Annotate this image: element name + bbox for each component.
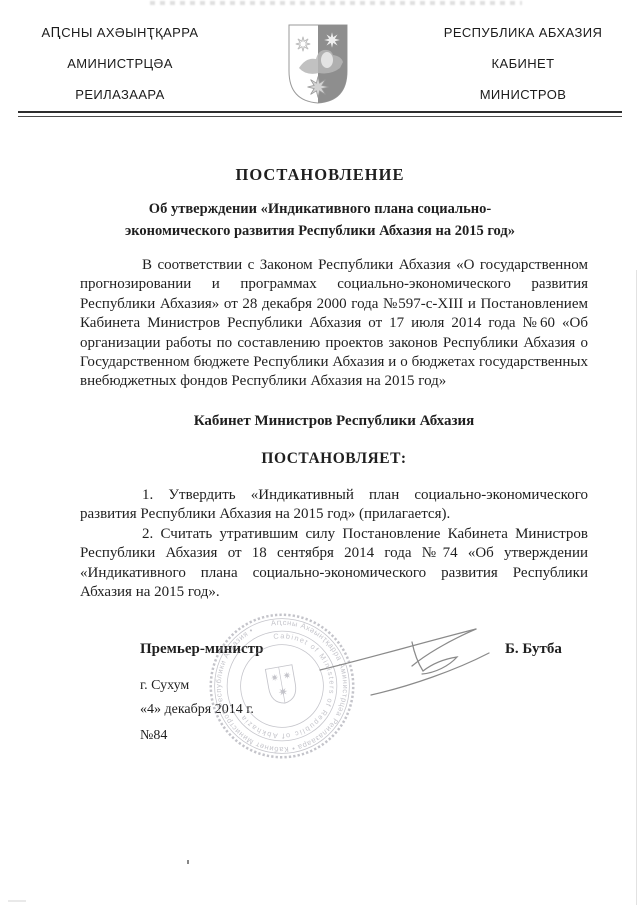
- org-name-abkhaz: АԤСНЫ АХӘЫНҬҚАРРА АМИНИСТРЦӘА РЕИЛАЗААРА: [15, 26, 225, 119]
- abkhazia-coat-of-arms-icon: [286, 23, 350, 110]
- document-number: №84: [140, 728, 167, 744]
- decree-subject-line1: Об утверждении «Индикативного плана соци…: [0, 198, 640, 220]
- document-page: АԤСНЫ АХӘЫНҬҚАРРА АМИНИСТРЦӘА РЕИЛАЗААРА…: [0, 0, 640, 905]
- resolution-item-1: 1. Утвердить «Индикативный план социальн…: [80, 486, 588, 525]
- signature-city: г. Сухум: [140, 678, 189, 694]
- org-name-abkhaz-line1: АԤСНЫ АХӘЫНҬҚАРРА: [15, 26, 225, 39]
- decree-subject: Об утверждении «Индикативного плана соци…: [0, 198, 640, 242]
- letterhead-divider: [18, 111, 622, 117]
- scan-artifact-bottom-left: [8, 900, 26, 902]
- decree-subject-line2: экономического развития Республики Абхаз…: [0, 220, 640, 242]
- org-name-russian-line3: МИНИСТРОВ: [418, 88, 628, 101]
- decree-title: ПОСТАНОВЛЕНИЕ: [0, 165, 640, 185]
- signature-name: Б. Бутба: [505, 641, 562, 658]
- scan-artifact-top: [150, 1, 522, 5]
- org-name-abkhaz-line2: АМИНИСТРЦӘА: [15, 57, 225, 70]
- org-name-abkhaz-line3: РЕИЛАЗААРА: [15, 88, 225, 101]
- preamble-paragraph: В соответствии с Законом Республики Абха…: [80, 256, 588, 392]
- issuing-authority: Кабинет Министров Республики Абхазия: [80, 413, 588, 430]
- resolution-item-2: 2. Считать утратившим силу Постановление…: [80, 525, 588, 603]
- scan-artifact-right-edge: [636, 270, 637, 905]
- org-name-russian-line2: КАБИНЕТ: [418, 57, 628, 70]
- org-name-russian-line1: РЕСПУБЛИКА АБХАЗИЯ: [418, 26, 628, 39]
- scan-speck: [187, 860, 189, 864]
- resolution-keyword: ПОСТАНОВЛЯЕТ:: [80, 450, 588, 468]
- resolution-items: 1. Утвердить «Индикативный план социальн…: [80, 486, 588, 602]
- org-name-russian: РЕСПУБЛИКА АБХАЗИЯ КАБИНЕТ МИНИСТРОВ: [418, 26, 628, 119]
- handwritten-signature-icon: [316, 612, 506, 712]
